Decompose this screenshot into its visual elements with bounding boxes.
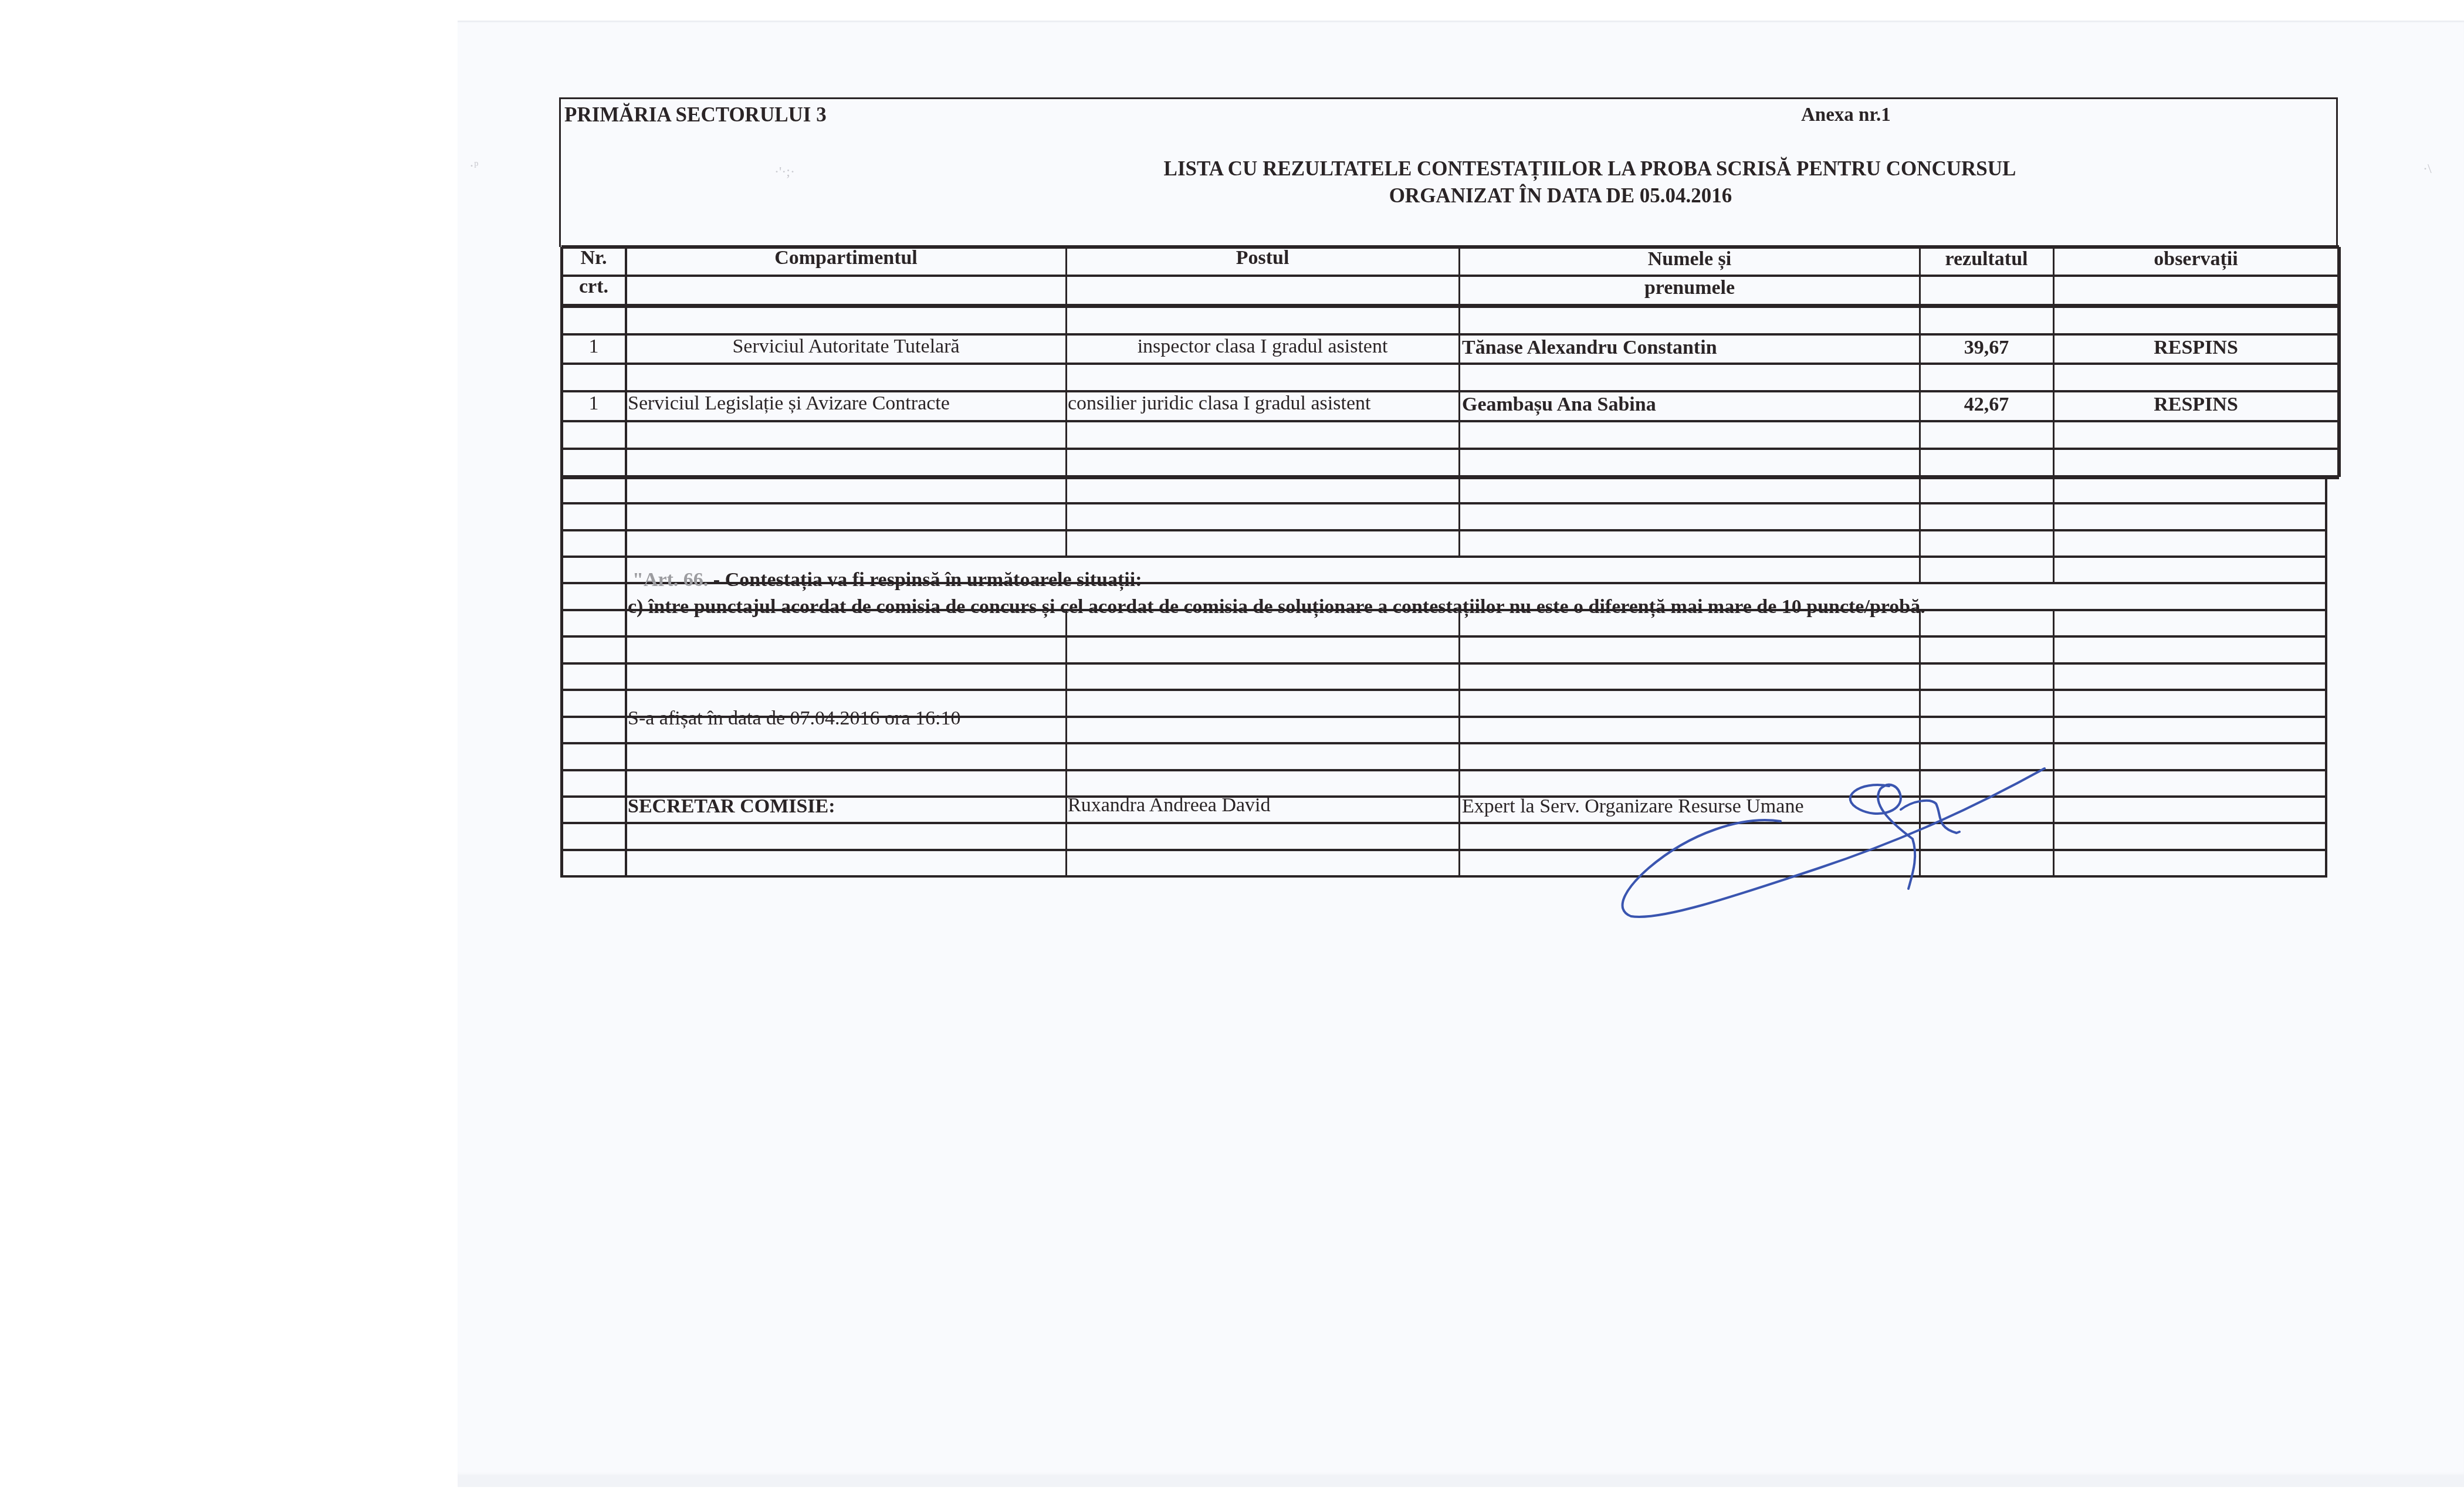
row-post: consilier juridic clasa I gradul asisten… xyxy=(1068,394,1370,414)
table-rule xyxy=(561,529,2326,531)
institution-name: PRIMĂRIA SECTORULUI 3 xyxy=(564,104,827,125)
header-compartiment: Compartimentul xyxy=(774,248,918,268)
table-rule xyxy=(625,477,627,878)
table-rule xyxy=(625,247,627,477)
row-nr: 1 xyxy=(589,337,599,357)
table-rule xyxy=(2053,610,2055,878)
table-rule xyxy=(1458,247,1460,477)
table-rule xyxy=(1065,477,1067,557)
posted-date: S-a afișat în data de 07.04.2016 ora 16:… xyxy=(628,709,960,729)
table-rule xyxy=(1065,247,1067,477)
table-rule xyxy=(2325,477,2327,878)
table-rule xyxy=(561,556,2326,558)
article-66-heading: "Art. 66. - Contestația va fi respinsă î… xyxy=(632,570,1142,590)
article-66-prefix: "Art. 66. xyxy=(632,569,708,591)
header-nume: Numele și xyxy=(1648,249,1732,269)
table-rule xyxy=(561,448,2339,450)
row-nume: Tănase Alexandru Constantin xyxy=(1462,338,1717,358)
table-rule xyxy=(561,363,2339,365)
row-nr: 1 xyxy=(589,394,599,414)
secretary-label: SECRETAR COMISIE: xyxy=(628,797,835,817)
header-prenume: prenumele xyxy=(1644,278,1735,298)
scan-speck: ·\ xyxy=(2423,161,2432,177)
table-rule xyxy=(561,662,2326,665)
table-rule xyxy=(1919,610,1921,878)
table-rule xyxy=(561,420,2339,422)
table-rule xyxy=(561,875,2326,878)
secretary-role: Expert la Serv. Organizare Resurse Umane xyxy=(1462,797,1804,817)
header-rezultat: rezultatul xyxy=(1945,249,2028,269)
table-rule xyxy=(561,689,2326,691)
table-rule xyxy=(561,502,2326,504)
scan-speck: ·ᵖ xyxy=(469,158,478,174)
row-post: inspector clasa I gradul asistent xyxy=(1138,337,1388,357)
row-observatii: RESPINS xyxy=(2154,338,2238,358)
table-rule xyxy=(561,275,2339,277)
table-rule xyxy=(561,849,2326,851)
table-rule xyxy=(2053,247,2055,477)
table-rule xyxy=(1919,477,1921,557)
page-edge xyxy=(458,1475,2464,1487)
annex-label: Anexa nr.1 xyxy=(1801,106,1891,125)
row-rezultat: 39,67 xyxy=(1964,338,2009,358)
article-66-text: - Contestația va fi respinsă în următoar… xyxy=(708,569,1142,591)
row-nume: Geambașu Ana Sabina xyxy=(1462,395,1656,415)
secretary-name: Ruxandra Andreea David xyxy=(1068,795,1271,815)
table-rule xyxy=(1919,247,1921,477)
header-post: Postul xyxy=(1236,248,1289,268)
table-rule xyxy=(561,742,2326,744)
table-rule xyxy=(2337,247,2341,477)
document-title-line1: LISTA CU REZULTATELE CONTESTAȚIILOR LA P… xyxy=(1164,158,2016,179)
row-rezultat: 42,67 xyxy=(1964,395,2009,415)
table-rule xyxy=(560,247,563,878)
row-compartiment: Serviciul Autoritate Tutelară xyxy=(732,337,959,357)
table-rule xyxy=(1458,610,1460,878)
table-rule xyxy=(2053,557,2055,583)
table-rule xyxy=(1458,477,1460,557)
row-observatii: RESPINS xyxy=(2154,395,2238,415)
table-rule xyxy=(2053,477,2055,557)
header-observatii: observații xyxy=(2154,249,2238,269)
table-rule xyxy=(561,475,2339,479)
table-rule xyxy=(1065,610,1067,878)
header-crt: crt. xyxy=(579,277,608,297)
row-compartiment: Serviciul Legislație și Avizare Contract… xyxy=(628,394,950,414)
clause-c: c) între punctajul acordat de comisia de… xyxy=(628,597,1925,617)
table-rule xyxy=(1919,557,1921,583)
document-title-line2: ORGANIZAT ÎN DATA DE 05.04.2016 xyxy=(1389,185,1732,206)
table-rule xyxy=(561,304,2339,308)
table-rule xyxy=(561,822,2326,824)
header-nr: Nr. xyxy=(580,248,607,268)
table-rule xyxy=(561,769,2326,771)
table-rule xyxy=(561,635,2326,638)
